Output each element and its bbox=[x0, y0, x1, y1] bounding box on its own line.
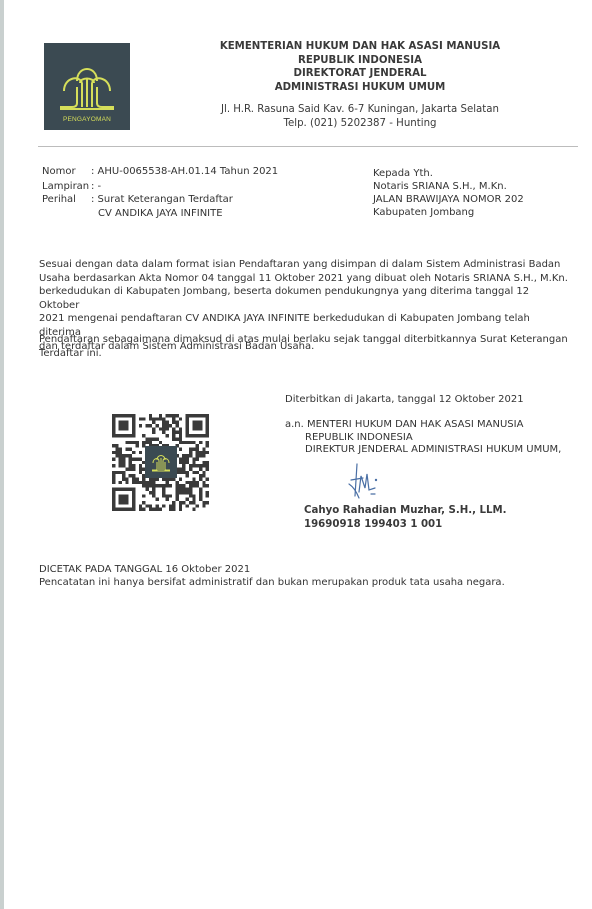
company-name: CV ANDIKA JAYA INFINITE bbox=[91, 207, 223, 221]
nomor-label: Nomor bbox=[42, 165, 91, 179]
signer-nip: 19690918 199403 1 001 bbox=[304, 518, 507, 532]
perihal-value: : Surat Keterangan Terdaftar bbox=[91, 193, 233, 207]
an-minister: a.n. MENTERI HUKUM DAN HAK ASASI MANUSIA bbox=[285, 419, 561, 432]
ministry-name: KEMENTERIAN HUKUM DAN HAK ASASI MANUSIA bbox=[160, 40, 560, 54]
office-phone: Telp. (021) 5202387 - Hunting bbox=[160, 117, 560, 131]
qr-center-logo bbox=[145, 446, 177, 478]
on-behalf-of: a.n. MENTERI HUKUM DAN HAK ASASI MANUSIA… bbox=[285, 419, 561, 457]
paragraph-line: Terdaftar ini. bbox=[39, 347, 569, 361]
footer: DICETAK PADA TANGGAL 16 Oktober 2021 Pen… bbox=[39, 563, 505, 589]
logo-caption: PENGAYOMAN bbox=[44, 116, 130, 123]
recipient-street: JALAN BRAWIJAYA NOMOR 202 bbox=[373, 193, 524, 206]
nomor-value: : AHU-0065538-AH.01.14 Tahun 2021 bbox=[91, 165, 278, 179]
directorate-name: DIREKTORAT JENDERAL bbox=[160, 67, 560, 81]
an-country: REPUBLIK INDONESIA bbox=[285, 432, 561, 445]
country-name: REPUBLIK INDONESIA bbox=[160, 54, 560, 68]
header-divider bbox=[38, 146, 578, 147]
lampiran-value: : - bbox=[91, 180, 101, 194]
scan-page-edge bbox=[0, 0, 4, 909]
an-director: DIREKTUR JENDERAL ADMINISTRASI HUKUM UMU… bbox=[285, 444, 561, 457]
pengayoman-emblem-icon bbox=[145, 446, 177, 478]
meta-lampiran: Lampiran : - bbox=[42, 180, 278, 194]
signer-name: Cahyo Rahadian Muzhar, S.H., LLM. bbox=[304, 504, 507, 518]
office-address: Jl. H.R. Rasuna Said Kav. 6-7 Kuningan, … bbox=[160, 103, 560, 117]
letterhead: KEMENTERIAN HUKUM DAN HAK ASASI MANUSIA … bbox=[160, 40, 560, 130]
meta-perihal: Perihal : Surat Keterangan Terdaftar bbox=[42, 193, 278, 207]
issued-place-date: Diterbitkan di Jakarta, tanggal 12 Oktob… bbox=[285, 393, 524, 406]
recipient-salutation: Kepada Yth. bbox=[373, 167, 524, 180]
signer: Cahyo Rahadian Muzhar, S.H., LLM. 196909… bbox=[304, 504, 507, 531]
signature-icon bbox=[345, 462, 385, 506]
recipient-address: Kepada Yth. Notaris SRIANA S.H., M.Kn. J… bbox=[373, 167, 524, 219]
meta-nomor: Nomor : AHU-0065538-AH.01.14 Tahun 2021 bbox=[42, 165, 278, 179]
paragraph-line: Pendaftaran sebagaimana dimaksud di atas… bbox=[39, 333, 569, 347]
letter-meta: Nomor : AHU-0065538-AH.01.14 Tahun 2021 … bbox=[42, 165, 278, 220]
directorate-subname: ADMINISTRASI HUKUM UMUM bbox=[160, 81, 560, 95]
printed-date: DICETAK PADA TANGGAL 16 Oktober 2021 bbox=[39, 563, 505, 576]
meta-perihal-cont: CV ANDIKA JAYA INFINITE bbox=[42, 207, 278, 221]
disclaimer: Pencatatan ini hanya bersifat administra… bbox=[39, 576, 505, 589]
paragraph-line: Usaha berdasarkan Akta Nomor 04 tanggal … bbox=[39, 272, 569, 286]
recipient-name: Notaris SRIANA S.H., M.Kn. bbox=[373, 180, 524, 193]
recipient-city: Kabupaten Jombang bbox=[373, 206, 524, 219]
lampiran-label: Lampiran bbox=[42, 180, 91, 194]
paragraph-line: Sesuai dengan data dalam format isian Pe… bbox=[39, 258, 569, 272]
body-paragraph-2: Pendaftaran sebagaimana dimaksud di atas… bbox=[39, 333, 569, 360]
perihal-label: Perihal bbox=[42, 193, 91, 207]
pengayoman-logo: PENGAYOMAN bbox=[44, 43, 130, 130]
paragraph-line: berkedudukan di Kabupaten Jombang, beser… bbox=[39, 285, 569, 312]
